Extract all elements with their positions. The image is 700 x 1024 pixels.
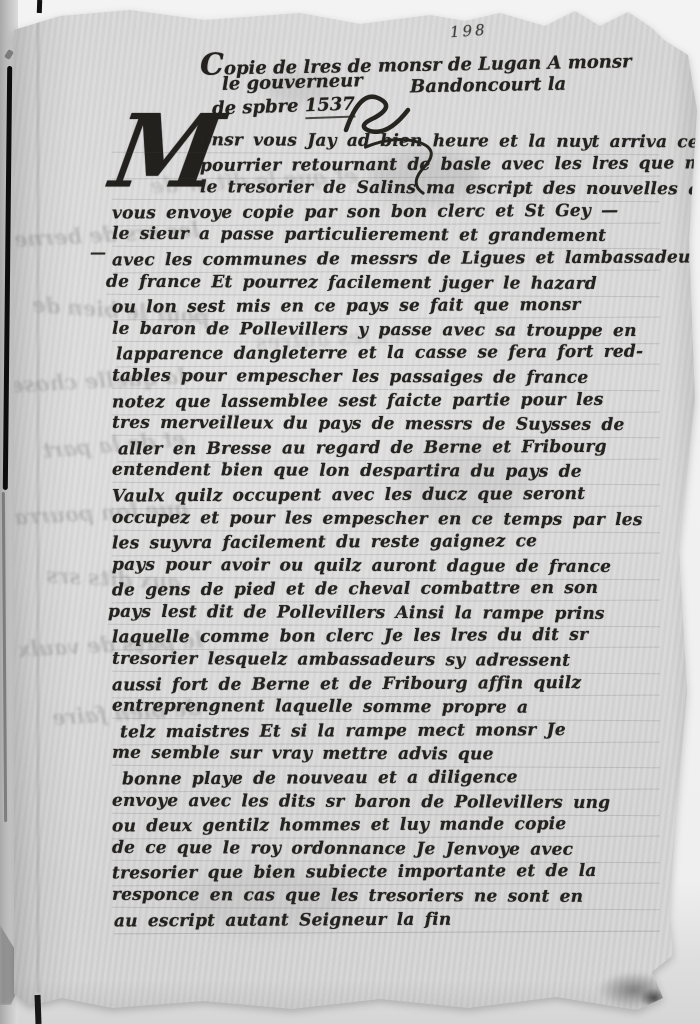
heading: Copie de lres de monsr de Lugan A monsr … <box>200 44 631 79</box>
manuscript-line: responce en cas que les tresoriers ne so… <box>112 884 660 910</box>
paper-sheet-wrap: et que le dit sr deles srs de bernepour … <box>0 0 700 1024</box>
margin-dash: — <box>90 243 106 262</box>
manuscript-line: avec les communes de messrs de Ligues et… <box>112 247 660 273</box>
manuscript-line: tresorier que bien subiecte importante e… <box>112 860 660 886</box>
manuscript-line: aussi fort de Berne et de Fribourg affin… <box>112 671 660 697</box>
manuscript-line: les suyvra facilement du reste gaignez c… <box>112 530 660 556</box>
manuscript-line: Vaulx quilz occupent avec les ducz que s… <box>112 482 660 508</box>
manuscript-photo: et que le dit sr deles srs de bernepour … <box>0 0 700 1024</box>
paper-sheet: et que le dit sr deles srs de bernepour … <box>0 0 700 1024</box>
manuscript-line: pays pour avoir ou quilz auront dague de… <box>112 553 660 579</box>
manuscript-line: lapparence dangleterre et la casse se fe… <box>116 341 660 367</box>
manuscript-line: le baron de Pollevillers y passe avec sa… <box>112 318 660 344</box>
manuscript-line: de ce que le roy ordonnance Je Jenvoye a… <box>112 837 660 863</box>
body-lines: onsr vous Jay ad bien heure et la nuyt a… <box>112 130 660 932</box>
manuscript-line: me semble sur vray mettre advis que <box>112 742 660 768</box>
folio-number: 198 <box>449 21 488 42</box>
manuscript-line: entreprengnent laquelle somme propre a <box>112 695 660 721</box>
manuscript-line: bonne playe de nouveau et a diligence <box>122 766 660 792</box>
heading-line-3: de spbre 1537 <box>212 94 356 120</box>
manuscript-line: ou lon sest mis en ce pays se fait que m… <box>112 294 660 320</box>
manuscript-line: pourrier retournant de basle avec les lr… <box>112 152 660 178</box>
binding-mark-top <box>37 0 42 13</box>
torn-corner-shadow-dark <box>640 988 668 1008</box>
manuscript-line: le sieur a passe particulierement et gra… <box>112 223 660 249</box>
manuscript-line: telz maistres Et si la rampe mect monsr … <box>120 718 660 744</box>
manuscript-line: envoye avec les dits sr baron de Pollevi… <box>112 789 660 815</box>
manuscript-line: occupez et pour les empescher en ce temp… <box>112 506 660 532</box>
binding-mark-bottom <box>34 995 41 1024</box>
manuscript-line: de france Et pourrez facilement juger le… <box>106 270 660 296</box>
manuscript-line: ou deux gentilz hommes et luy mande copi… <box>112 813 660 839</box>
manuscript-line: le tresorier de Salins ma escript des no… <box>112 176 660 202</box>
manuscript-line: aller en Bresse au regard de Berne et Fr… <box>118 435 660 461</box>
heading-line-2-right: Bandoncourt la <box>410 74 567 98</box>
manuscript-line: tresorier lesquelz ambassadeurs sy adres… <box>112 648 660 674</box>
manuscript-line: vous envoye copie par son bon clerc et S… <box>112 199 660 225</box>
manuscript-line: onsr vous Jay ad bien heure et la nuyt a… <box>112 129 660 155</box>
manuscript-line: au escript autant Seigneur la fin <box>114 907 660 933</box>
manuscript-line: laquelle comme bon clerc Je les lres du … <box>112 624 660 650</box>
manuscript-line: tables pour empescher les passaiges de f… <box>112 365 660 391</box>
manuscript-line: de gens de pied et de cheval combattre e… <box>112 577 660 603</box>
manuscript-line: tres merveilleux du pays de messrs de Su… <box>112 412 660 438</box>
manuscript-line: notez que lassemblee sest faicte partie … <box>112 388 660 414</box>
year-underlined: 1537 <box>304 94 355 120</box>
manuscript-line: entendent bien que lon despartira du pay… <box>112 459 660 485</box>
manuscript-line: pays lest dit de Pollevillers Ainsi la r… <box>108 601 660 627</box>
